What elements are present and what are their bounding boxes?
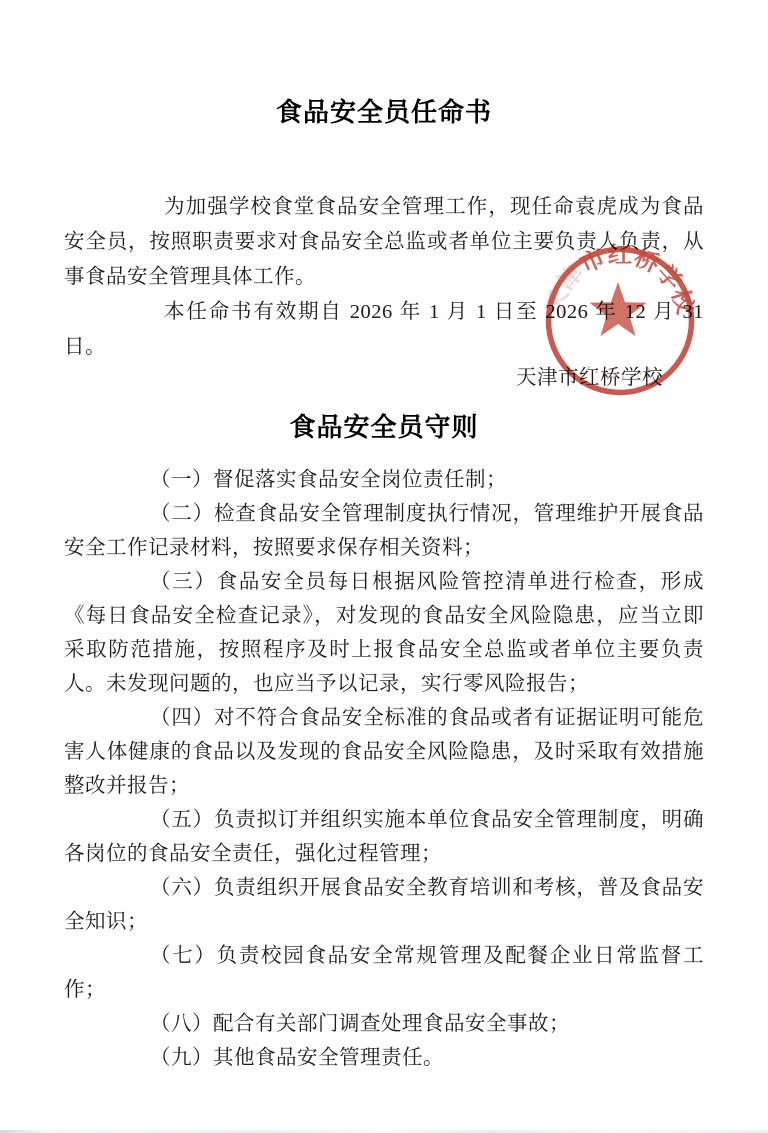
document-title: 食品安全员任命书 <box>64 0 704 128</box>
issuer-signature: 天津市红桥学校 <box>64 365 704 391</box>
rule-item-2: （二）检查食品安全管理制度执行情况，管理维护开展食品安全工作记录材料，按照要求保… <box>64 497 704 565</box>
appointment-paragraph: 为加强学校食堂食品安全管理工作，现任命袁虎成为食品安全员，按照职责要求对食品安全… <box>64 190 704 295</box>
rule-item-3: （三）食品安全员每日根据风险管控清单进行检查，形成《每日食品安全检查记录》，对发… <box>64 565 704 701</box>
rule-item-9: （九）其他食品安全管理责任。 <box>64 1041 704 1075</box>
rule-item-6: （六）负责组织开展食品安全教育培训和考核，普及食品安全知识； <box>64 871 704 939</box>
rule-item-5: （五）负责拟订并组织实施本单位食品安全管理制度，明确各岗位的食品安全责任，强化过… <box>64 803 704 871</box>
rule-item-1: （一）督促落实食品安全岗位责任制； <box>64 463 704 497</box>
rule-item-4: （四）对不符合食品安全标准的食品或者有证据证明可能危害人体健康的食品以及发现的食… <box>64 701 704 803</box>
rules-list: （一）督促落实食品安全岗位责任制； （二）检查食品安全管理制度执行情况，管理维护… <box>64 463 704 1075</box>
section-title: 食品安全员守则 <box>64 411 704 443</box>
document-content: 食品安全员任命书 为加强学校食堂食品安全管理工作，现任命袁虎成为食品安全员，按照… <box>64 0 704 1075</box>
rule-item-8: （八）配合有关部门调查处理食品安全事故； <box>64 1007 704 1041</box>
validity-period-paragraph: 本任命书有效期自 2026 年 1 月 1 日至 2026 年 12 月 31 … <box>64 295 704 365</box>
scanned-document-page: 食品安全员任命书 为加强学校食堂食品安全管理工作，现任命袁虎成为食品安全员，按照… <box>0 0 768 1133</box>
rule-item-7: （七）负责校园食品安全常规管理及配餐企业日常监督工作； <box>64 939 704 1007</box>
